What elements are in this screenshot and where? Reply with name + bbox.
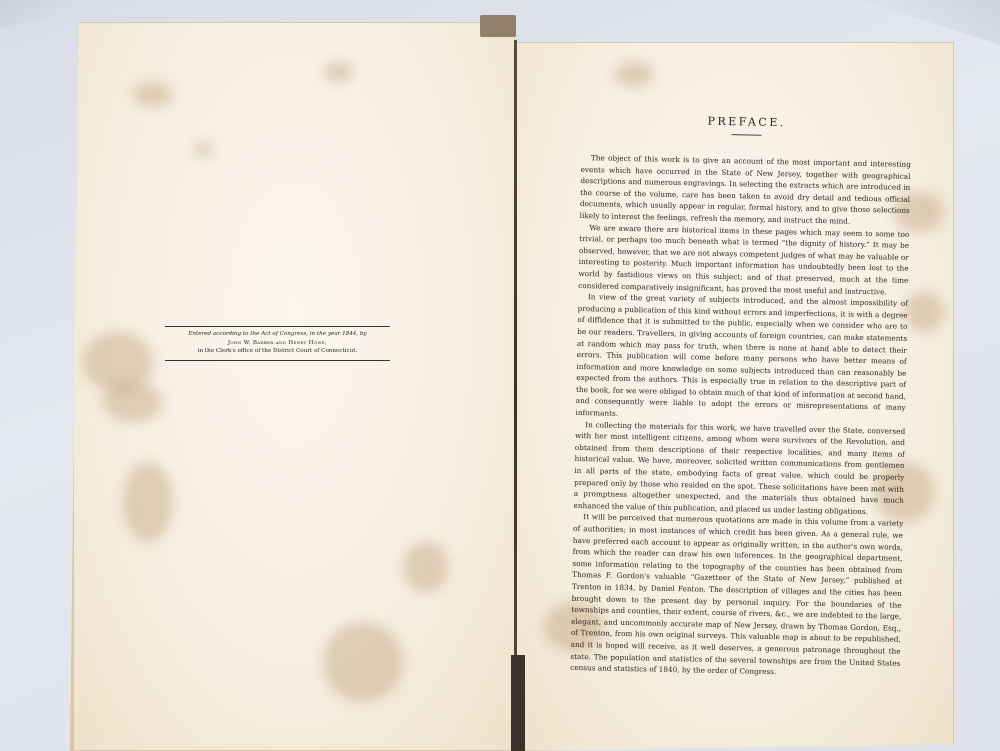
preface-paragraph: In view of the great variety of subjects… bbox=[575, 291, 908, 425]
preface-paragraph: We are aware there are historical items … bbox=[578, 222, 909, 298]
preface-paragraph: The object of this work is to give an ac… bbox=[580, 152, 911, 228]
book-gutter bbox=[514, 40, 517, 751]
spine-bottom bbox=[511, 655, 525, 751]
spine-top bbox=[480, 15, 516, 37]
left-page bbox=[70, 22, 515, 751]
copyright-line-3: in the Clerk's office of the District Co… bbox=[165, 347, 390, 356]
copyright-notice: Entered according to the Act of Congress… bbox=[165, 326, 390, 361]
preface-title: PREFACE. bbox=[582, 112, 912, 132]
preface-paragraph: It will be perceived that numerous quota… bbox=[570, 511, 903, 680]
open-book: Entered according to the Act of Congress… bbox=[0, 0, 1000, 751]
title-rule bbox=[731, 134, 761, 136]
copyright-line-1: Entered according to the Act of Congress… bbox=[165, 330, 390, 339]
copyright-line-2: John W. Barber and Henry Howe, bbox=[165, 339, 390, 348]
preface-section: PREFACE. The object of this work is to g… bbox=[570, 104, 912, 681]
preface-paragraph: In collecting the materials for this wor… bbox=[573, 419, 905, 519]
